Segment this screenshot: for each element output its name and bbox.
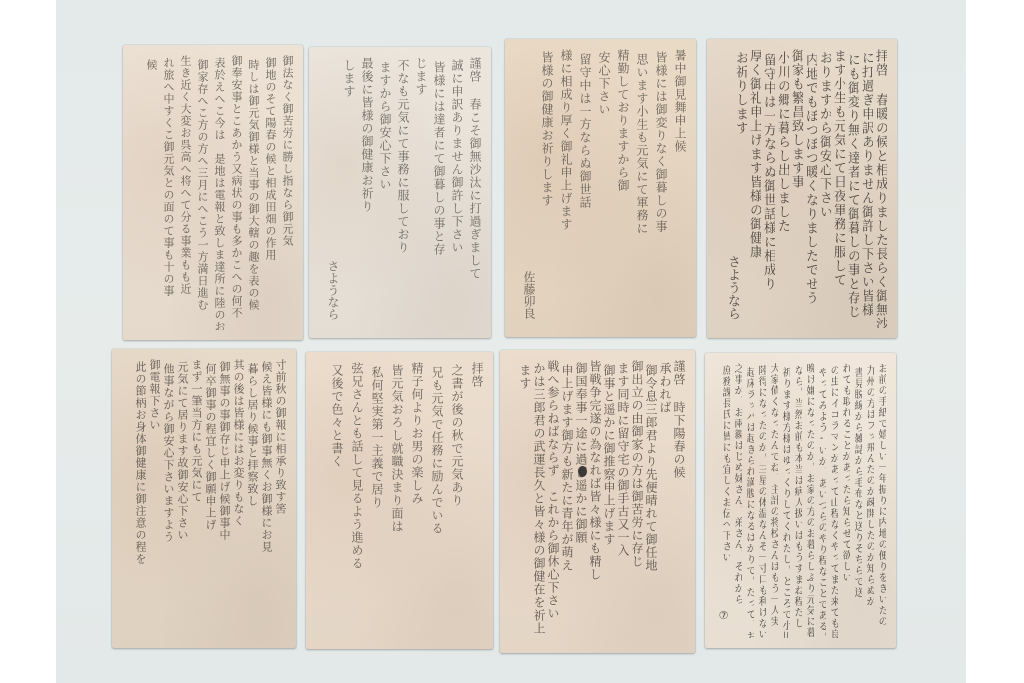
text-column: お前の手紙で嬉しい一年振りに内地の便りをきいたの — [874, 363, 886, 638]
postcard-bottom-2: 拝啓之書が後の秋で元気あり兄も元気で任務に励んでいる精子何よりお男の楽しみ皆元気… — [306, 352, 493, 649]
text-column: 此の節柄お身体御健康に御注意の程を — [132, 359, 146, 638]
postcard-top-1: 御法なく御苦労に勝し指なら御元気御地のそて陽春の候と相成田畑の作用時しは御元気御… — [123, 45, 303, 340]
text-column: まず一筆当方にも元気にて — [188, 359, 202, 638]
handwritten-text: 謹啓 時下陽春の候承われば御令息三郎君より先便晴れて御任地御出立の由御家の方は御… — [510, 360, 685, 643]
punch-hole — [578, 466, 587, 477]
text-column: 之事が、お兩親はじめ妹さん、弟さん、それから — [730, 363, 742, 638]
postcard-top-4: 拝啓 春暖の候と相成りました長らく御無沙汰に打過ぎ申訳ありません御許し下さい皆様… — [707, 39, 897, 338]
text-column: 御奉安事とこあかう又病状の事も多かこへの何不 — [225, 55, 242, 330]
text-column: 御令息三郎君より先便晴れて御任地 — [643, 360, 657, 643]
text-column: 弦兄さんとも話して見るよう進める — [343, 362, 363, 639]
text-column: ますから御安心下さい — [373, 57, 391, 328]
text-column: 晩げ嫌になったのか。お家の方のお暮らしぶり元気に暮らし限り — [802, 363, 814, 638]
text-column: 暑中御見舞申上候 — [667, 49, 686, 327]
text-column: 御家も繁昌致します事 — [789, 49, 803, 328]
handwritten-text: 拝啓 春暖の候と相成りました長らく御無沙汰に打過ぎ申訳ありません御許し下さい皆様… — [717, 49, 887, 328]
text-column: 生き近く大変お呉高へ将へて分る事業もも近 — [174, 55, 191, 330]
text-column: 私何堅実第一主義で居り — [363, 362, 383, 639]
text-column: れても取れることがあったら知らせて欲しい — [838, 363, 850, 638]
text-column: 厚く御礼申上げます皆様の御健康 — [747, 49, 761, 328]
text-column: 之書が後の秋で元気あり — [443, 362, 463, 639]
text-column: に打過ぎ申訳ありません御許し下さい皆様 — [859, 49, 873, 328]
text-column: 留守中は一方ならぬ御世話様に相成り — [761, 49, 775, 328]
text-column: なら。当然お前も本当は病人扱いはもうすまね程だし — [790, 363, 802, 638]
postcard-top-2: 謹啓 春こそ御無沙汰に打過ぎまして誠に申訳ありません御許し下さい皆様には達者にて… — [309, 47, 491, 338]
handwritten-text: 暑中御見舞申上候皆様には御変りなく御暮しの事思います小生も元気にて軍務に精勤して… — [515, 49, 686, 327]
text-column: 思います小生も元気にて軍務に — [629, 49, 648, 327]
text-column: 拝啓 春暖の候と相成りました長らく御無沙汰 — [873, 49, 887, 328]
handwritten-text: 謹啓 春こそ御無沙汰に打過ぎまして誠に申訳ありません御許し下さい皆様には達者にて… — [319, 57, 481, 328]
text-column: 起床ラッパは起きられ満腹になるばかりで。だって、お — [742, 363, 754, 638]
text-column: 御家存へこ方の方へ三月にへこう一方満日進む — [191, 55, 208, 330]
text-column: おりますから御安心下さい — [817, 49, 831, 328]
text-column: じます — [409, 57, 427, 328]
text-column: 他事ながら御安心下さいますよう — [160, 359, 174, 638]
text-column: 何卒御事の程宜しく御願申上げ — [202, 359, 216, 638]
text-column: 時しは御元気御様と当事の御大轄の趣を表の候 — [242, 55, 259, 330]
text-column: 御国奉事一途に過ぎ遥かに御願 — [573, 360, 587, 643]
text-column: 御法なく御苦労に勝し指なら御元気 — [276, 55, 293, 330]
text-column: の虫にイゴラマンがあって山程なくやってまた来ても良いが操射 — [826, 363, 838, 638]
text-column: 皆様には達者にて御暮しの事と存 — [427, 57, 445, 328]
text-column: 謹啓 時下陽春の候 — [671, 360, 685, 643]
text-column: 誠に申訳ありません御許し下さい — [445, 57, 463, 328]
handwritten-text: 拝啓之書が後の秋で元気あり兄も元気で任務に励んでいる精子何よりお男の楽しみ皆元気… — [316, 362, 483, 639]
text-column: 精勤しておりますから御 — [610, 49, 629, 327]
text-column: 九州の方はフッ飛んだのか疎開したのか知らぬが — [862, 363, 874, 638]
signature: さようなら — [723, 255, 742, 320]
text-column: 祈ります様方様はゆっくりしてくれたし。ところで小川の方 — [778, 363, 790, 638]
text-column: 又後で色々と書く — [323, 362, 343, 639]
text-column: 内地でもぼつぼつ暖くなりましたでせう — [803, 49, 817, 328]
text-column: かは三郎君の武運長久と皆々様の御健在を祈上 — [531, 360, 545, 643]
text-column: 其の後は皆様にはお変りもなく — [230, 359, 244, 638]
text-column: 様に相成り厚く御礼申上げます — [553, 49, 572, 327]
handwritten-text: お前の手紙で嬉しい一年振りに内地の便りをきいたの九州の方はフッ飛んだのか疎開した… — [715, 363, 886, 638]
postcard-top-3: 暑中御見舞申上候皆様には御変りなく御暮しの事思います小生も元気にて軍務に精勤して… — [505, 39, 696, 337]
text-column: れ旅へ中すくこ御元気との面のて事も十の事 — [157, 55, 174, 330]
text-column: にも御変り無く達者にて御暮しの事と存じ — [845, 49, 859, 328]
handwritten-text: 御法なく御苦労に勝し指なら御元気御地のそて陽春の候と相成田畑の作用時しは御元気御… — [133, 55, 293, 330]
text-column: 庶務課長氏に皆にも宜しくお伝へ下さい — [718, 363, 730, 638]
handwritten-text: 寸前秋の御報に相承り致す筈候え皆様にも御事無くお御様にお見暮らし居り候事と拝察致… — [122, 359, 286, 638]
text-column: 小川の郷に暮らし出しました — [775, 49, 789, 328]
page-number-mark: ⑦ — [717, 609, 730, 622]
text-column: 御電報下さい — [146, 359, 160, 638]
text-column: 大家債くなったんでね、主計の将校さんはもう一人実 — [766, 363, 778, 638]
text-column: 謹啓 春こそ御無沙汰に打過ぎまして — [463, 57, 481, 328]
text-column: 皆元気おろし就職決まり面は — [383, 362, 403, 639]
postcard-bottom-4: お前の手紙で嬉しい一年振りに内地の便りをきいたの九州の方はフッ飛んだのか疎開した… — [705, 353, 896, 648]
text-column: 寸前秋の御報に相承り致す筈 — [272, 359, 286, 638]
text-column: 皆戦争完遂の為なれば皆々様にも精し — [587, 360, 601, 643]
text-column: 最後に皆様の御健康お祈り — [355, 57, 373, 328]
text-column: 申上げます御方も新たに青年が萌え — [559, 360, 573, 643]
text-column: 書見脱線から雑誌から毛布なと送りそちらで送 — [850, 363, 862, 638]
text-column: 御無事の事御存じ申上げ候御事中 — [216, 359, 230, 638]
postcard-bottom-3: 謹啓 時下陽春の候承われば御令息三郎君より先便晴れて御任地御出立の由御家の方は御… — [500, 350, 695, 653]
text-column: 候え皆様にも御事無くお御様にお見 — [258, 359, 272, 638]
text-column: 留守中は一方ならぬ御世話 — [572, 49, 591, 327]
text-column: 兄も元気で任務に励んでいる — [423, 362, 443, 639]
text-column: ます小生も元気にて日夜軍務に服して — [831, 49, 845, 328]
text-column: 暮らし居り候事と拝察致し — [244, 359, 258, 638]
signature: 佐藤卯良 — [521, 271, 538, 319]
text-column: ます — [517, 360, 531, 643]
text-column: 御地のそて陽春の候と相成田畑の作用 — [259, 55, 276, 330]
text-column: 安心下さい — [591, 49, 610, 327]
text-column: 候 — [140, 55, 157, 330]
text-column: 不なも元気にて事務に服しており — [391, 57, 409, 328]
text-column: 戦へ参らねばならず これから御休心下さい — [545, 360, 559, 643]
text-column: 御出立の由御家の方は御苦労に存じ — [629, 360, 643, 643]
text-column: ます同時に留守宅の御手古又一入 — [615, 360, 629, 643]
text-column: やってみよう-いか、あいつらのやり程なことである。か、お雨 — [814, 363, 826, 638]
text-column: 元気にて居ります故御安心下さい — [174, 359, 188, 638]
text-column: 拝啓 — [463, 362, 483, 639]
text-column: 表於えへこ今は 是地は電報と致しま達所に陸のお報告 — [208, 55, 225, 330]
text-column: 陸得になったのか。三星の体温なんぞ一寸口も利けない — [754, 363, 766, 638]
text-column: 御事と遥かに御推察申上げます — [601, 360, 615, 643]
text-column: 皆様には御変りなく御暮しの事 — [648, 49, 667, 327]
postcard-bottom-1: 寸前秋の御報に相承り致す筈候え皆様にも御事無くお御様にお見暮らし居り候事と拝察致… — [112, 349, 296, 648]
signature: さようなら — [325, 260, 342, 320]
text-column: 承われば — [657, 360, 671, 643]
text-column: 精子何よりお男の楽しみ — [403, 362, 423, 639]
